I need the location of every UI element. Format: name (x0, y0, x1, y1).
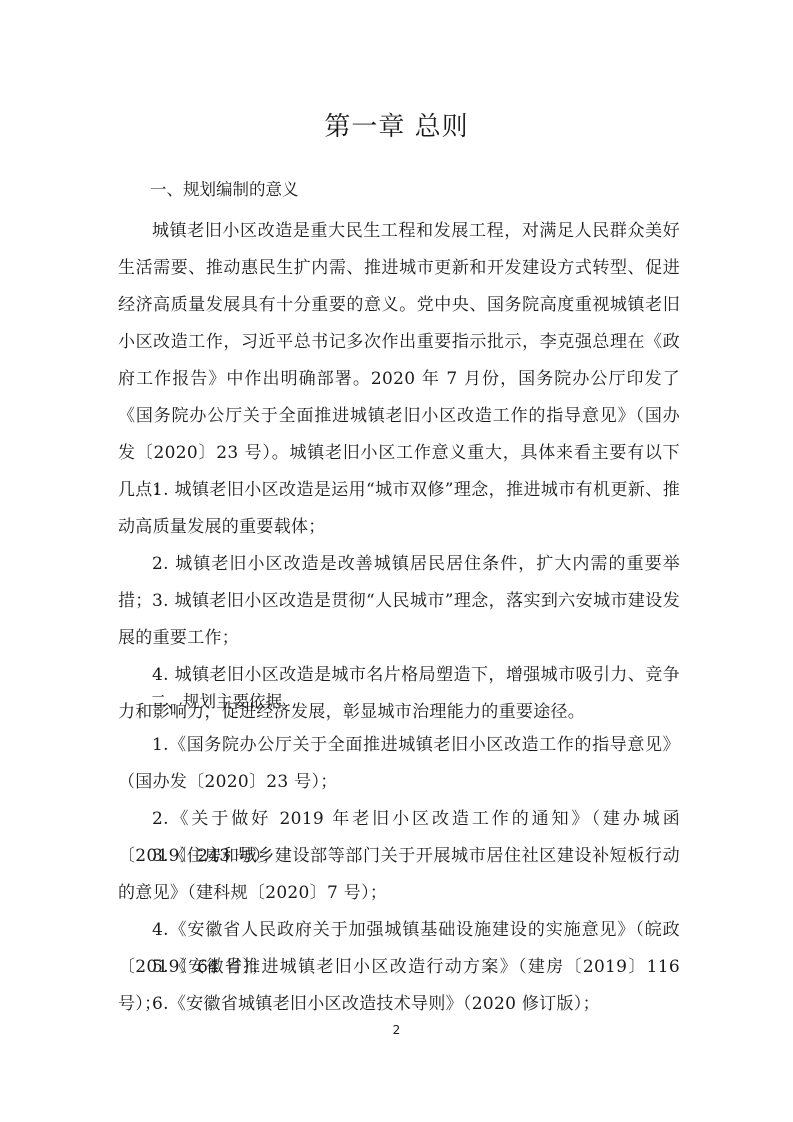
basis-item-1: 1.《国务院办公厅关于全面推进城镇老旧小区改造工作的指导意见》（国办发〔2020… (118, 727, 680, 801)
paragraph-significance: 城镇老旧小区改造是重大民生工程和发展工程，对满足人民群众美好生活需要、推动惠民生… (118, 213, 680, 509)
section-heading-2: 二、规划主要依据 (150, 688, 282, 712)
section-heading-1: 一、规划编制的意义 (150, 176, 299, 200)
page-number: 2 (0, 1023, 793, 1037)
point-1: 1. 城镇老旧小区改造是运用“城市双修”理念，推进城市有机更新、推动高质量发展的… (118, 472, 680, 546)
chapter-title: 第一章 总则 (0, 106, 793, 143)
point-3: 3. 城镇老旧小区改造是贯彻“人民城市”理念，落实到六安城市建设发展的重要工作； (118, 583, 680, 657)
basis-item-3: 3.《住房和城乡建设部等部门关于开展城市居住社区建设补短板行动的意见》（建科规〔… (118, 838, 680, 912)
basis-item-6: 6.《安徽省城镇老旧小区改造技术导则》（2020 修订版）； (118, 986, 680, 1023)
